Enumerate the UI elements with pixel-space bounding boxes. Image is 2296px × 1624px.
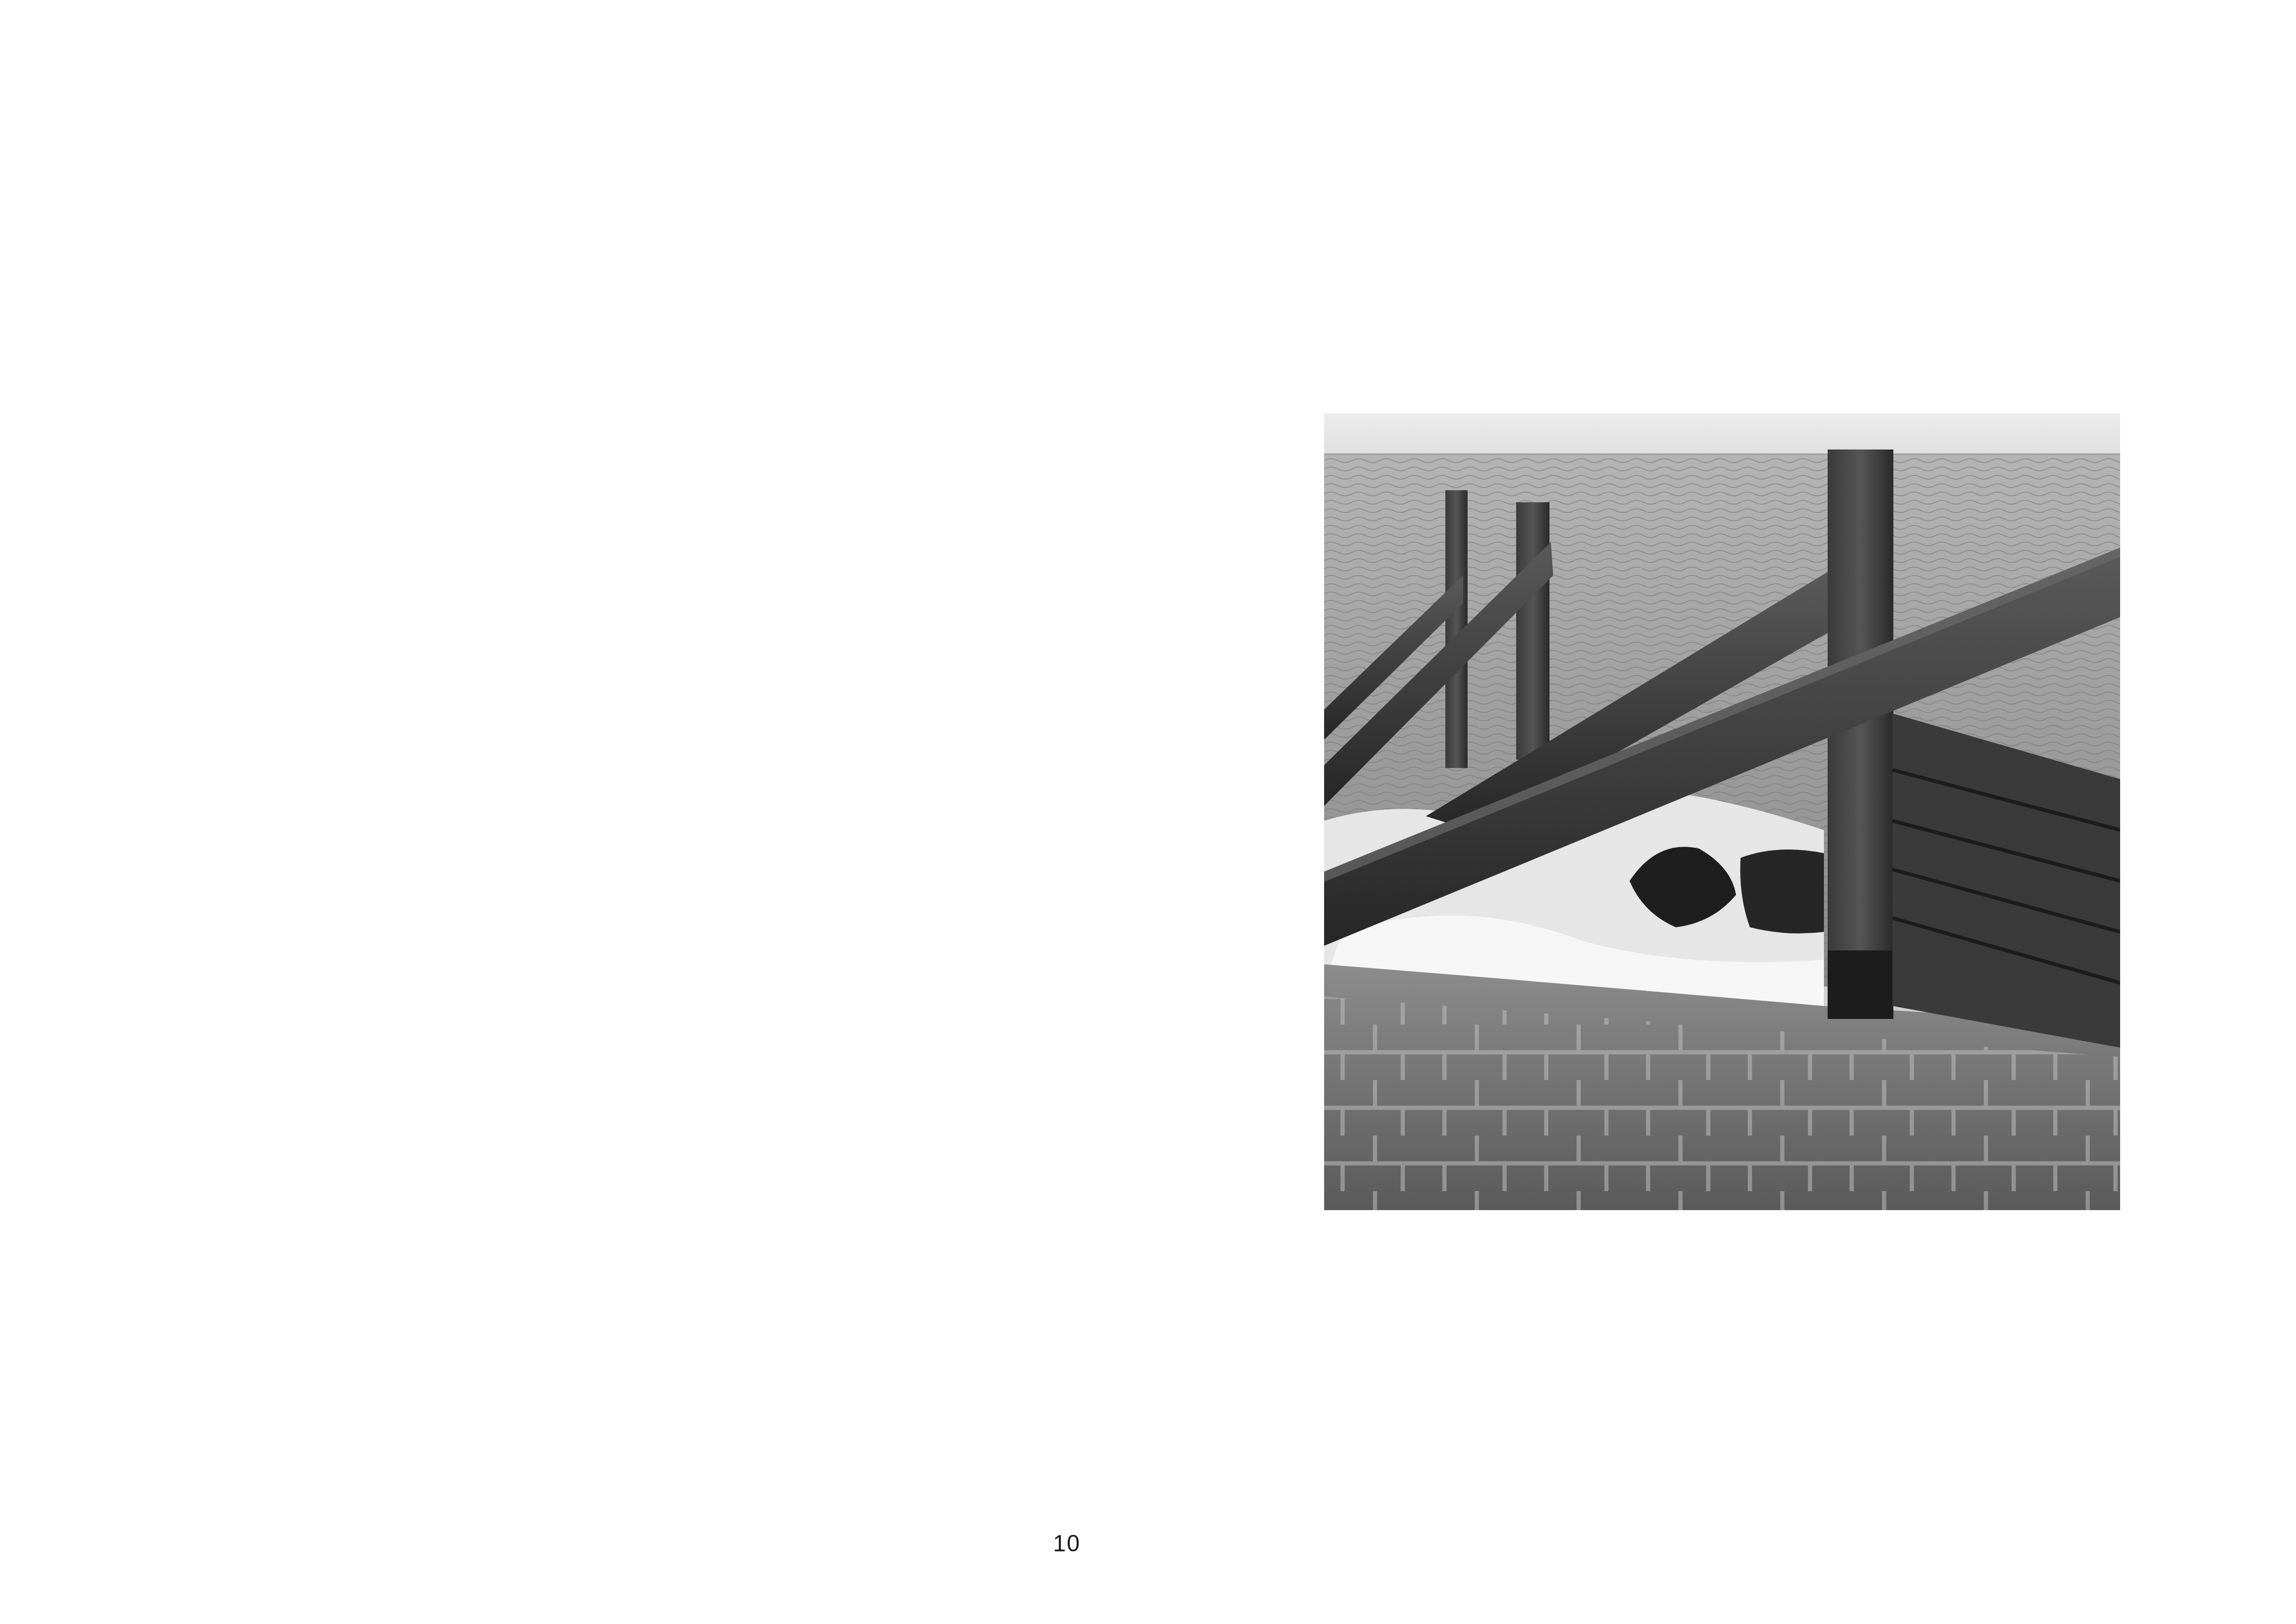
groyne-photograph: [1324, 413, 2120, 1210]
left-page: 10: [0, 0, 1148, 1624]
page-number: 10: [1032, 1530, 1101, 1557]
book-spread: 10: [0, 0, 2296, 1624]
photo-illustration: [1324, 413, 2120, 1210]
